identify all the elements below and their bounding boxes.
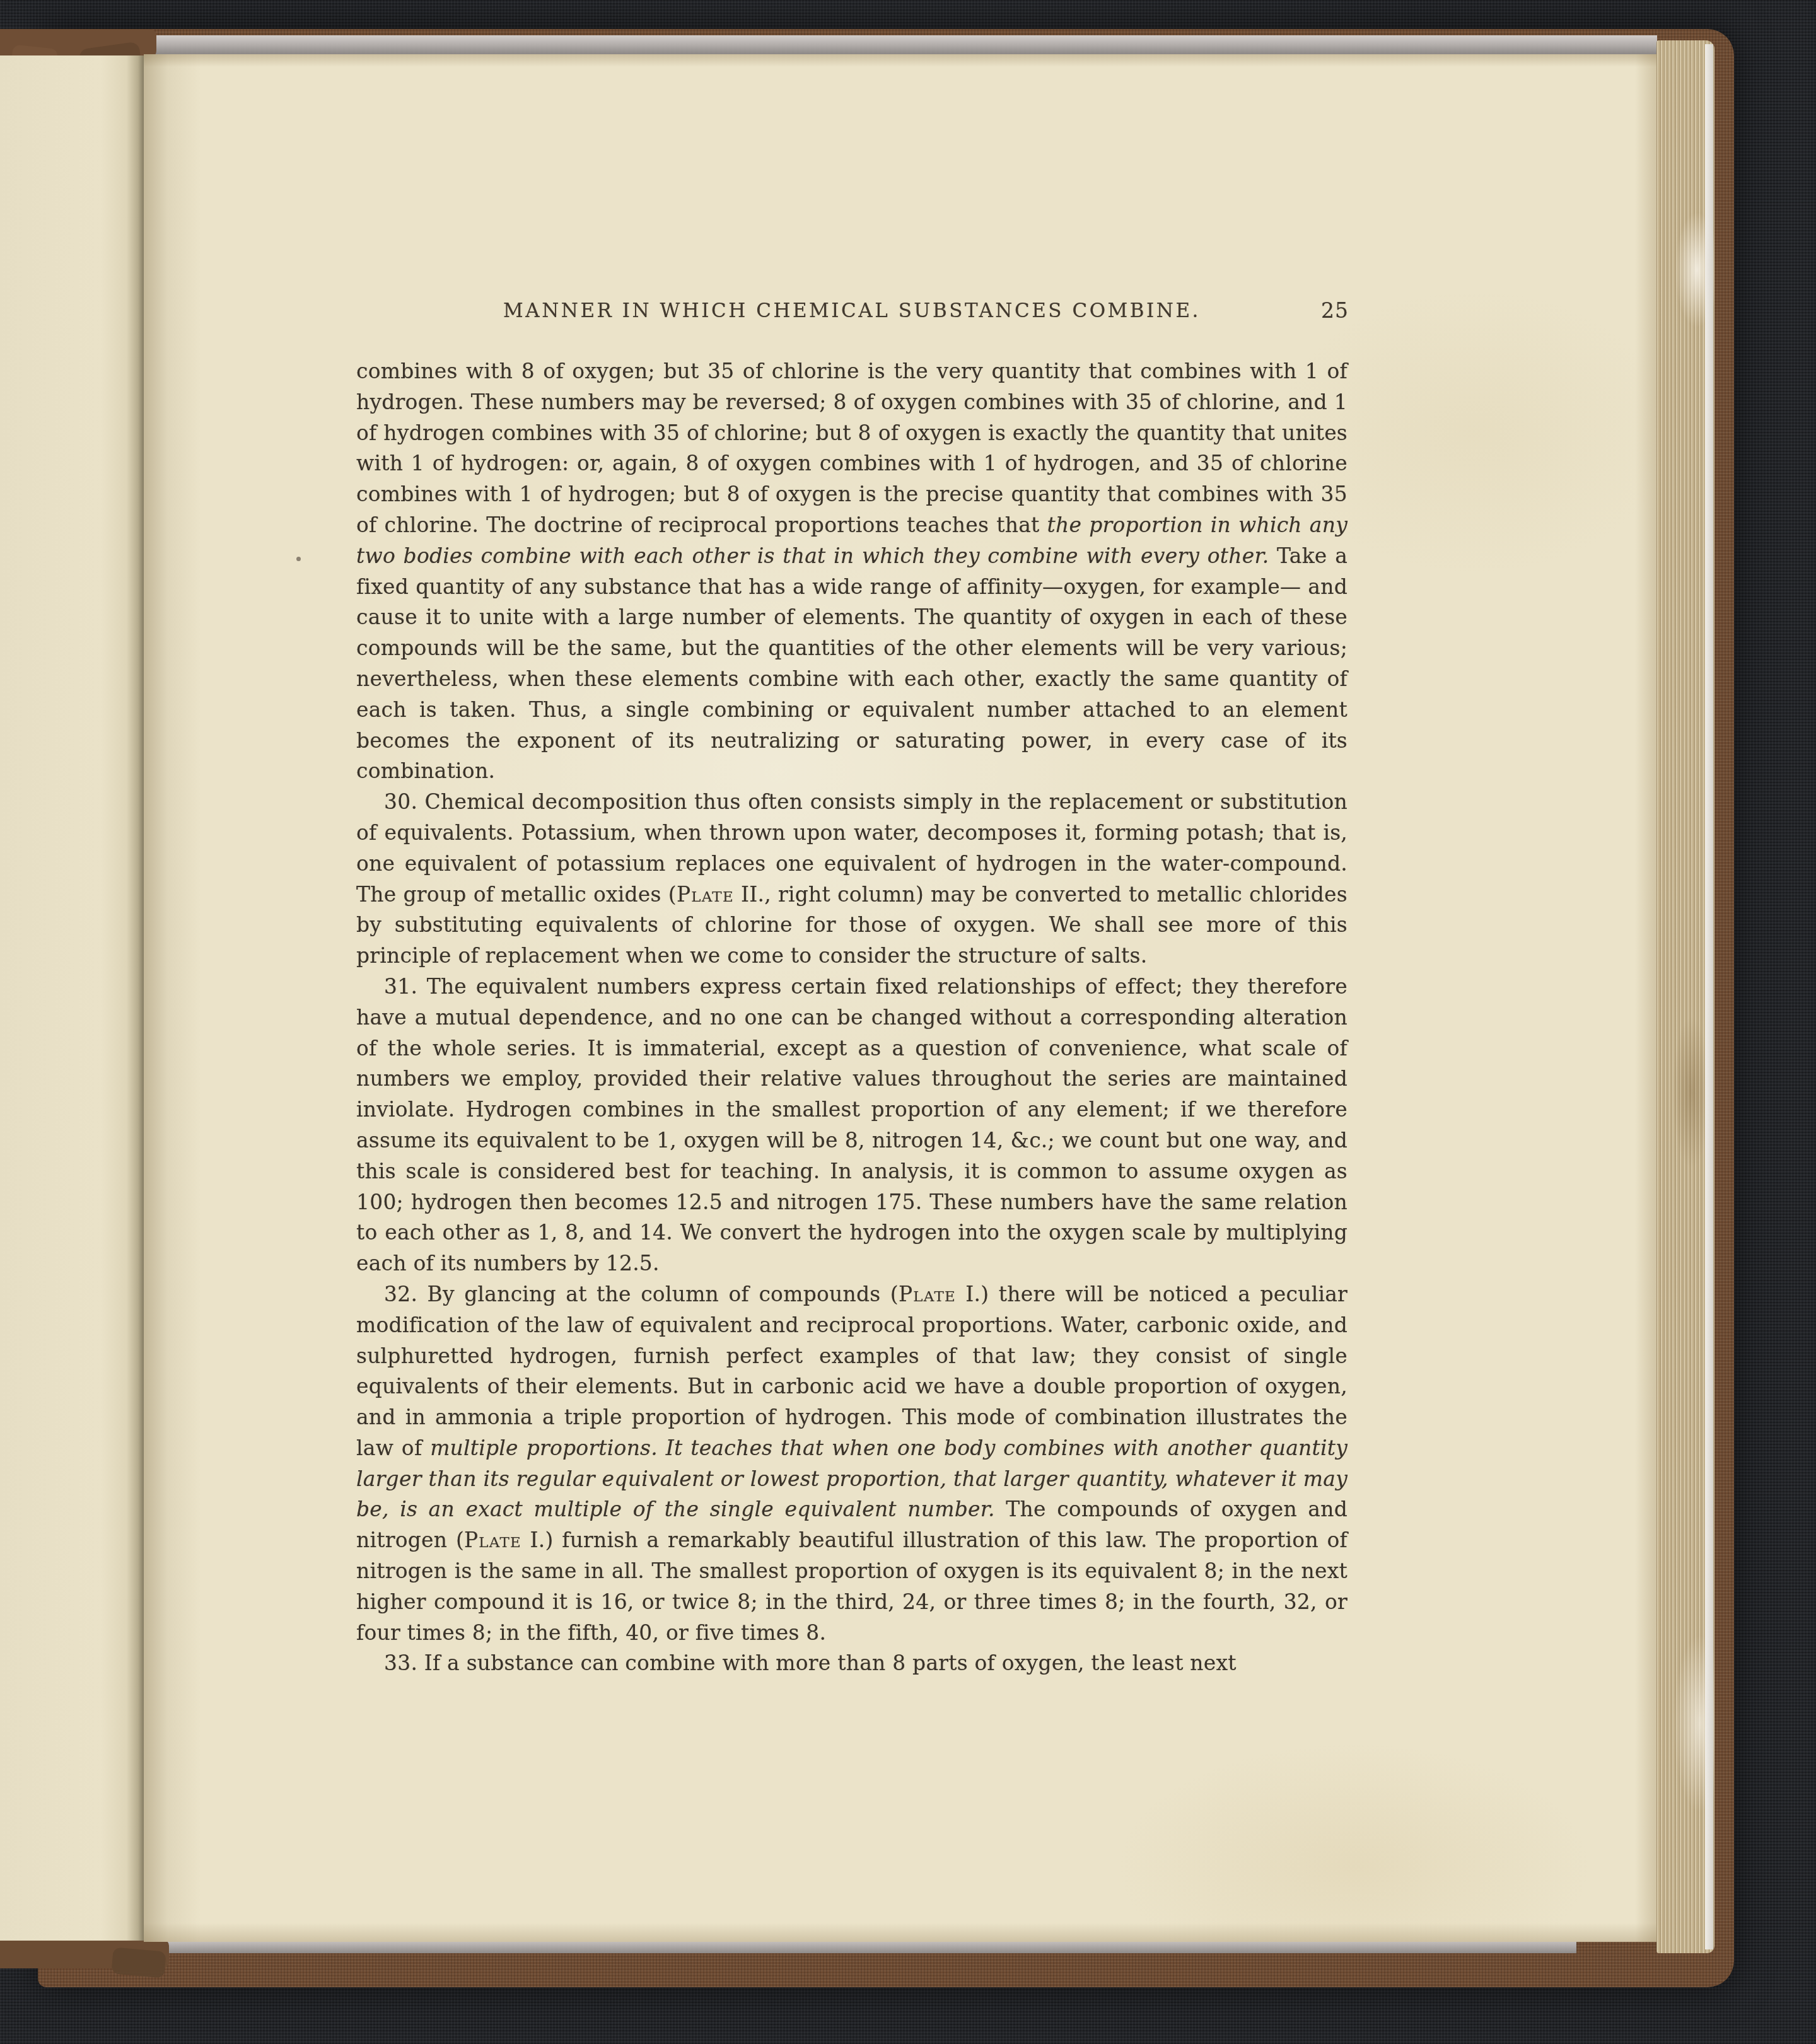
book-page: MANNER IN WHICH CHEMICAL SUBSTANCES COMB… xyxy=(144,54,1656,1942)
text-segment-smallcaps: Plate xyxy=(899,1282,956,1306)
header-row: MANNER IN WHICH CHEMICAL SUBSTANCES COMB… xyxy=(356,296,1347,325)
text-segment-normal: I.) there will be noticed a peculiar mod… xyxy=(356,1282,1347,1460)
tailband xyxy=(0,1939,169,1968)
previous-page-edge xyxy=(0,55,144,1941)
paragraph-4: 32. By glancing at the column of compoun… xyxy=(356,1279,1347,1649)
page-number: 25 xyxy=(1321,296,1349,325)
headband xyxy=(0,29,156,59)
endpaper-edge xyxy=(1705,44,1713,1949)
book-photo: MANNER IN WHICH CHEMICAL SUBSTANCES COMB… xyxy=(0,0,1816,2044)
paragraph-3: 31. The equivalent numbers express certa… xyxy=(356,972,1347,1279)
paragraph-1: combines with 8 of oxygen; but 35 of chl… xyxy=(356,356,1347,787)
text-segment-normal: Take a fixed quantity of any substance t… xyxy=(356,543,1347,784)
ink-mark xyxy=(296,557,301,561)
text-segment-normal: 33. If a substance can combine with more… xyxy=(384,1651,1237,1675)
text-segment-normal: combines with 8 of oxygen; but 35 of chl… xyxy=(356,359,1347,537)
page-text: MANNER IN WHICH CHEMICAL SUBSTANCES COMB… xyxy=(356,296,1347,1679)
text-segment-smallcaps: Plate xyxy=(464,1528,521,1552)
page-top-edges xyxy=(144,35,1657,57)
body-text: combines with 8 of oxygen; but 35 of chl… xyxy=(356,356,1347,1679)
text-segment-normal: 31. The equivalent numbers express certa… xyxy=(356,974,1347,1275)
text-segment-smallcaps: Plate xyxy=(677,882,734,907)
running-title: MANNER IN WHICH CHEMICAL SUBSTANCES COMB… xyxy=(356,296,1347,325)
text-segment-normal: 32. By glancing at the column of compoun… xyxy=(384,1282,899,1306)
paragraph-5: 33. If a substance can combine with more… xyxy=(356,1648,1347,1679)
page-fore-edges xyxy=(1656,40,1714,1953)
paragraph-2: 30. Chemical decomposition thus often co… xyxy=(356,787,1347,972)
